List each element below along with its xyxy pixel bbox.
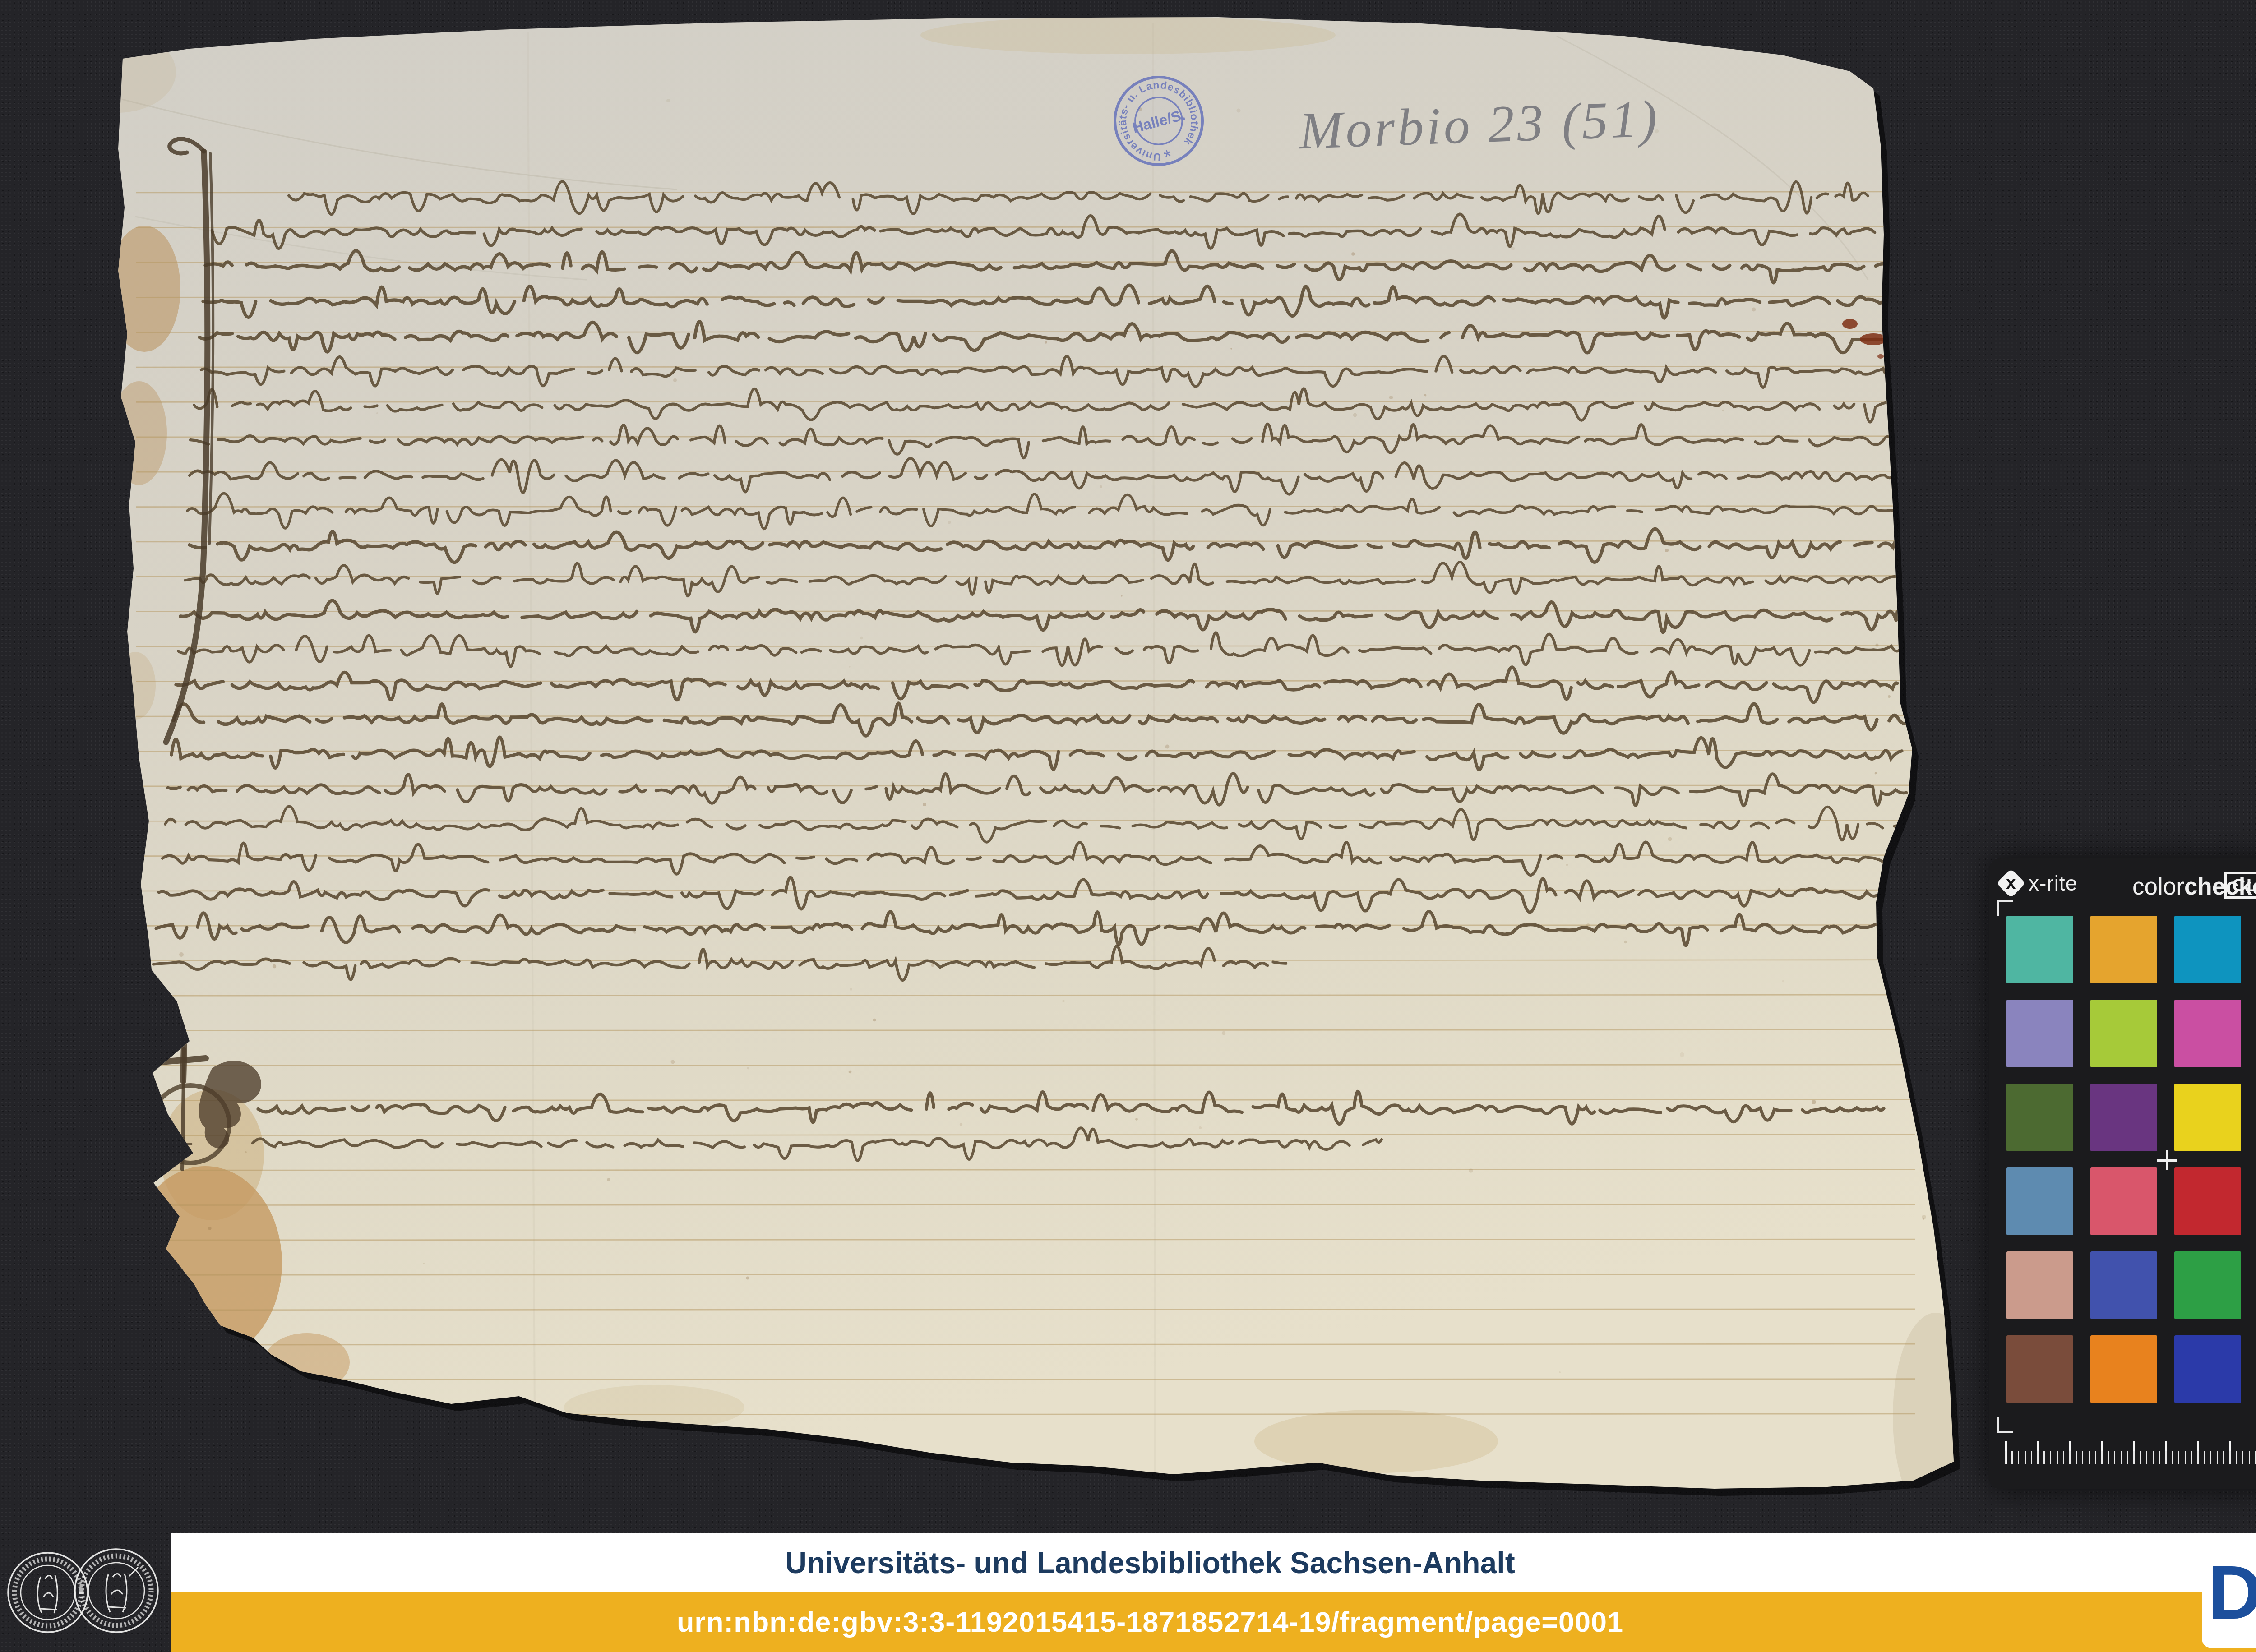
dfg-logo: DFG	[2202, 1537, 2256, 1648]
color-patch-bluish-green	[2006, 916, 2073, 983]
urn-label: urn:nbn:de:gbv:3:3-1192015415-1871852714…	[677, 1606, 1623, 1638]
parchment-sheet	[118, 17, 1954, 1489]
classic-badge: CLASSIC	[2224, 872, 2256, 899]
urn-bar: urn:nbn:de:gbv:3:3-1192015415-1871852714…	[171, 1592, 2256, 1652]
color-patch-blue-sky	[2006, 1167, 2073, 1235]
colorchecker-card: x x-rite colorchecker CLASSIC mm	[1989, 858, 2256, 1489]
x-rite-brand-label: x-rite	[2029, 871, 2077, 895]
color-patch-grid	[2006, 916, 2256, 1403]
x-rite-logo-icon: x	[1996, 868, 2025, 898]
color-patch-orange-yellow	[2090, 916, 2157, 983]
color-patch-magenta	[2174, 1000, 2241, 1067]
university-seals	[0, 1533, 171, 1652]
mm-ruler: mm	[2005, 1441, 2256, 1466]
color-patch-cyan	[2174, 916, 2241, 983]
color-patch-moderate-red	[2090, 1167, 2157, 1235]
library-name-label: Universitäts- und Landesbibliothek Sachs…	[785, 1546, 1515, 1580]
registration-mark	[1997, 1417, 2013, 1433]
registration-mark	[1997, 900, 2013, 916]
colorchecker-title-light: color	[2132, 873, 2184, 900]
ruler-minor-ticks	[2005, 1451, 2256, 1464]
color-patch-green	[2174, 1251, 2241, 1319]
color-patch-blue-flower	[2006, 1000, 2073, 1067]
library-name-bar: Universitäts- und Landesbibliothek Sachs…	[171, 1533, 2256, 1592]
color-patch-light-skin	[2006, 1251, 2073, 1319]
digitized-manuscript-page: Morbio 23 (51) Universitäts- u. Landesbi…	[0, 0, 2256, 1652]
color-patch-yellow-green	[2090, 1000, 2157, 1067]
viewer-footer: Universitäts- und Landesbibliothek Sachs…	[0, 1533, 2256, 1652]
color-patch-dark-skin	[2006, 1335, 2073, 1403]
color-patch-blue	[2174, 1335, 2241, 1403]
color-patch-purple	[2090, 1084, 2157, 1151]
parchment-scan: Morbio 23 (51) Universitäts- u. Landesbi…	[0, 0, 2256, 1652]
color-patch-purplish-blue	[2090, 1251, 2157, 1319]
x-rite-brand: x x-rite	[2001, 871, 2077, 895]
color-patch-yellow	[2174, 1084, 2241, 1151]
color-patch-red	[2174, 1167, 2241, 1235]
dfg-logo-label: DFG	[2208, 1555, 2256, 1630]
color-patch-foliage	[2006, 1084, 2073, 1151]
color-patch-orange	[2090, 1335, 2157, 1403]
